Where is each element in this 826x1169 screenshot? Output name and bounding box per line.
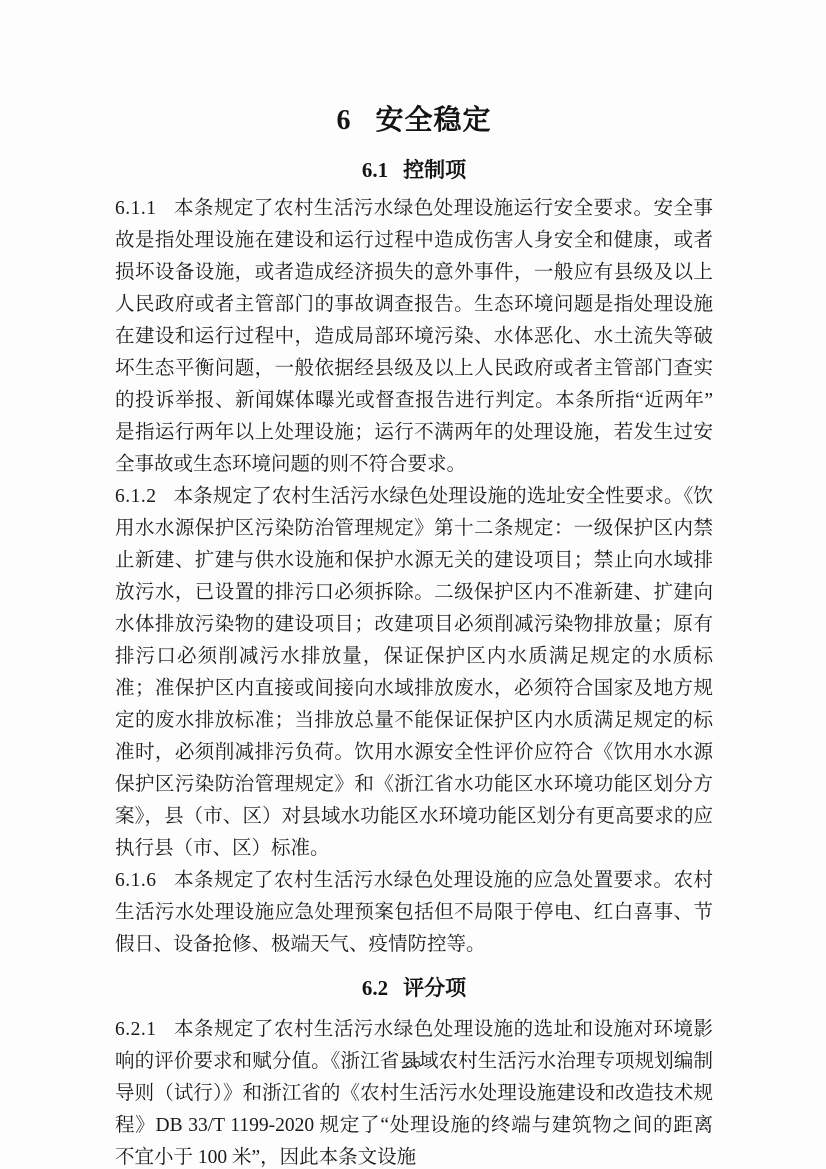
chapter-number: 6: [336, 105, 351, 136]
paragraph-text: 本条规定了农村生活污水绿色处理设施运行安全要求。安全事故是指处理设施在建设和运行…: [115, 198, 713, 475]
section-heading-text-6-1: 控制项: [403, 159, 466, 182]
paragraph-text: 本条规定了农村生活污水绿色处理设施的应急处置要求。农村生活污水处理设施应急处理预…: [115, 870, 713, 955]
section-heading-6-2: 6.2评分项: [115, 973, 713, 1004]
paragraph-6-2-1: 6.2.1本条规定了农村生活污水绿色处理设施的选址和设施对环境影响的评价要求和赋…: [115, 1014, 713, 1169]
section-number-6-1: 6.1: [362, 158, 388, 182]
paragraph-6-1-1: 6.1.1本条规定了农村生活污水绿色处理设施运行安全要求。安全事故是指处理设施在…: [115, 193, 713, 481]
paragraph-number: 6.1.2: [115, 486, 157, 507]
chapter-title: 6安全稳定: [115, 103, 713, 138]
section-number-6-2: 6.2: [362, 976, 388, 1000]
page-content: 6安全稳定 6.1控制项 6.1.1本条规定了农村生活污水绿色处理设施运行安全要…: [115, 0, 713, 1169]
paragraph-number: 6.2.1: [115, 1019, 157, 1040]
section-heading-6-1: 6.1控制项: [115, 155, 713, 186]
paragraph-number: 6.1.1: [115, 198, 157, 219]
paragraph-6-1-6: 6.1.6本条规定了农村生活污水绿色处理设施的应急处置要求。农村生活污水处理设施…: [115, 865, 713, 961]
paragraph-6-1-2: 6.1.2本条规定了农村生活污水绿色处理设施的选址安全性要求。《饮用水水源保护区…: [115, 481, 713, 865]
section-heading-text-6-2: 评分项: [403, 977, 466, 1000]
paragraph-text: 本条规定了农村生活污水绿色处理设施的选址和设施对环境影响的评价要求和赋分值。《浙…: [115, 1019, 713, 1168]
document-page: 6安全稳定 6.1控制项 6.1.1本条规定了农村生活污水绿色处理设施运行安全要…: [0, 0, 826, 1169]
paragraph-text: 本条规定了农村生活污水绿色处理设施的选址安全性要求。《饮用水水源保护区污染防治管…: [115, 486, 713, 859]
chapter-title-text: 安全稳定: [375, 104, 491, 135]
paragraph-number: 6.1.6: [115, 870, 157, 891]
page-number: 36: [0, 1053, 826, 1073]
